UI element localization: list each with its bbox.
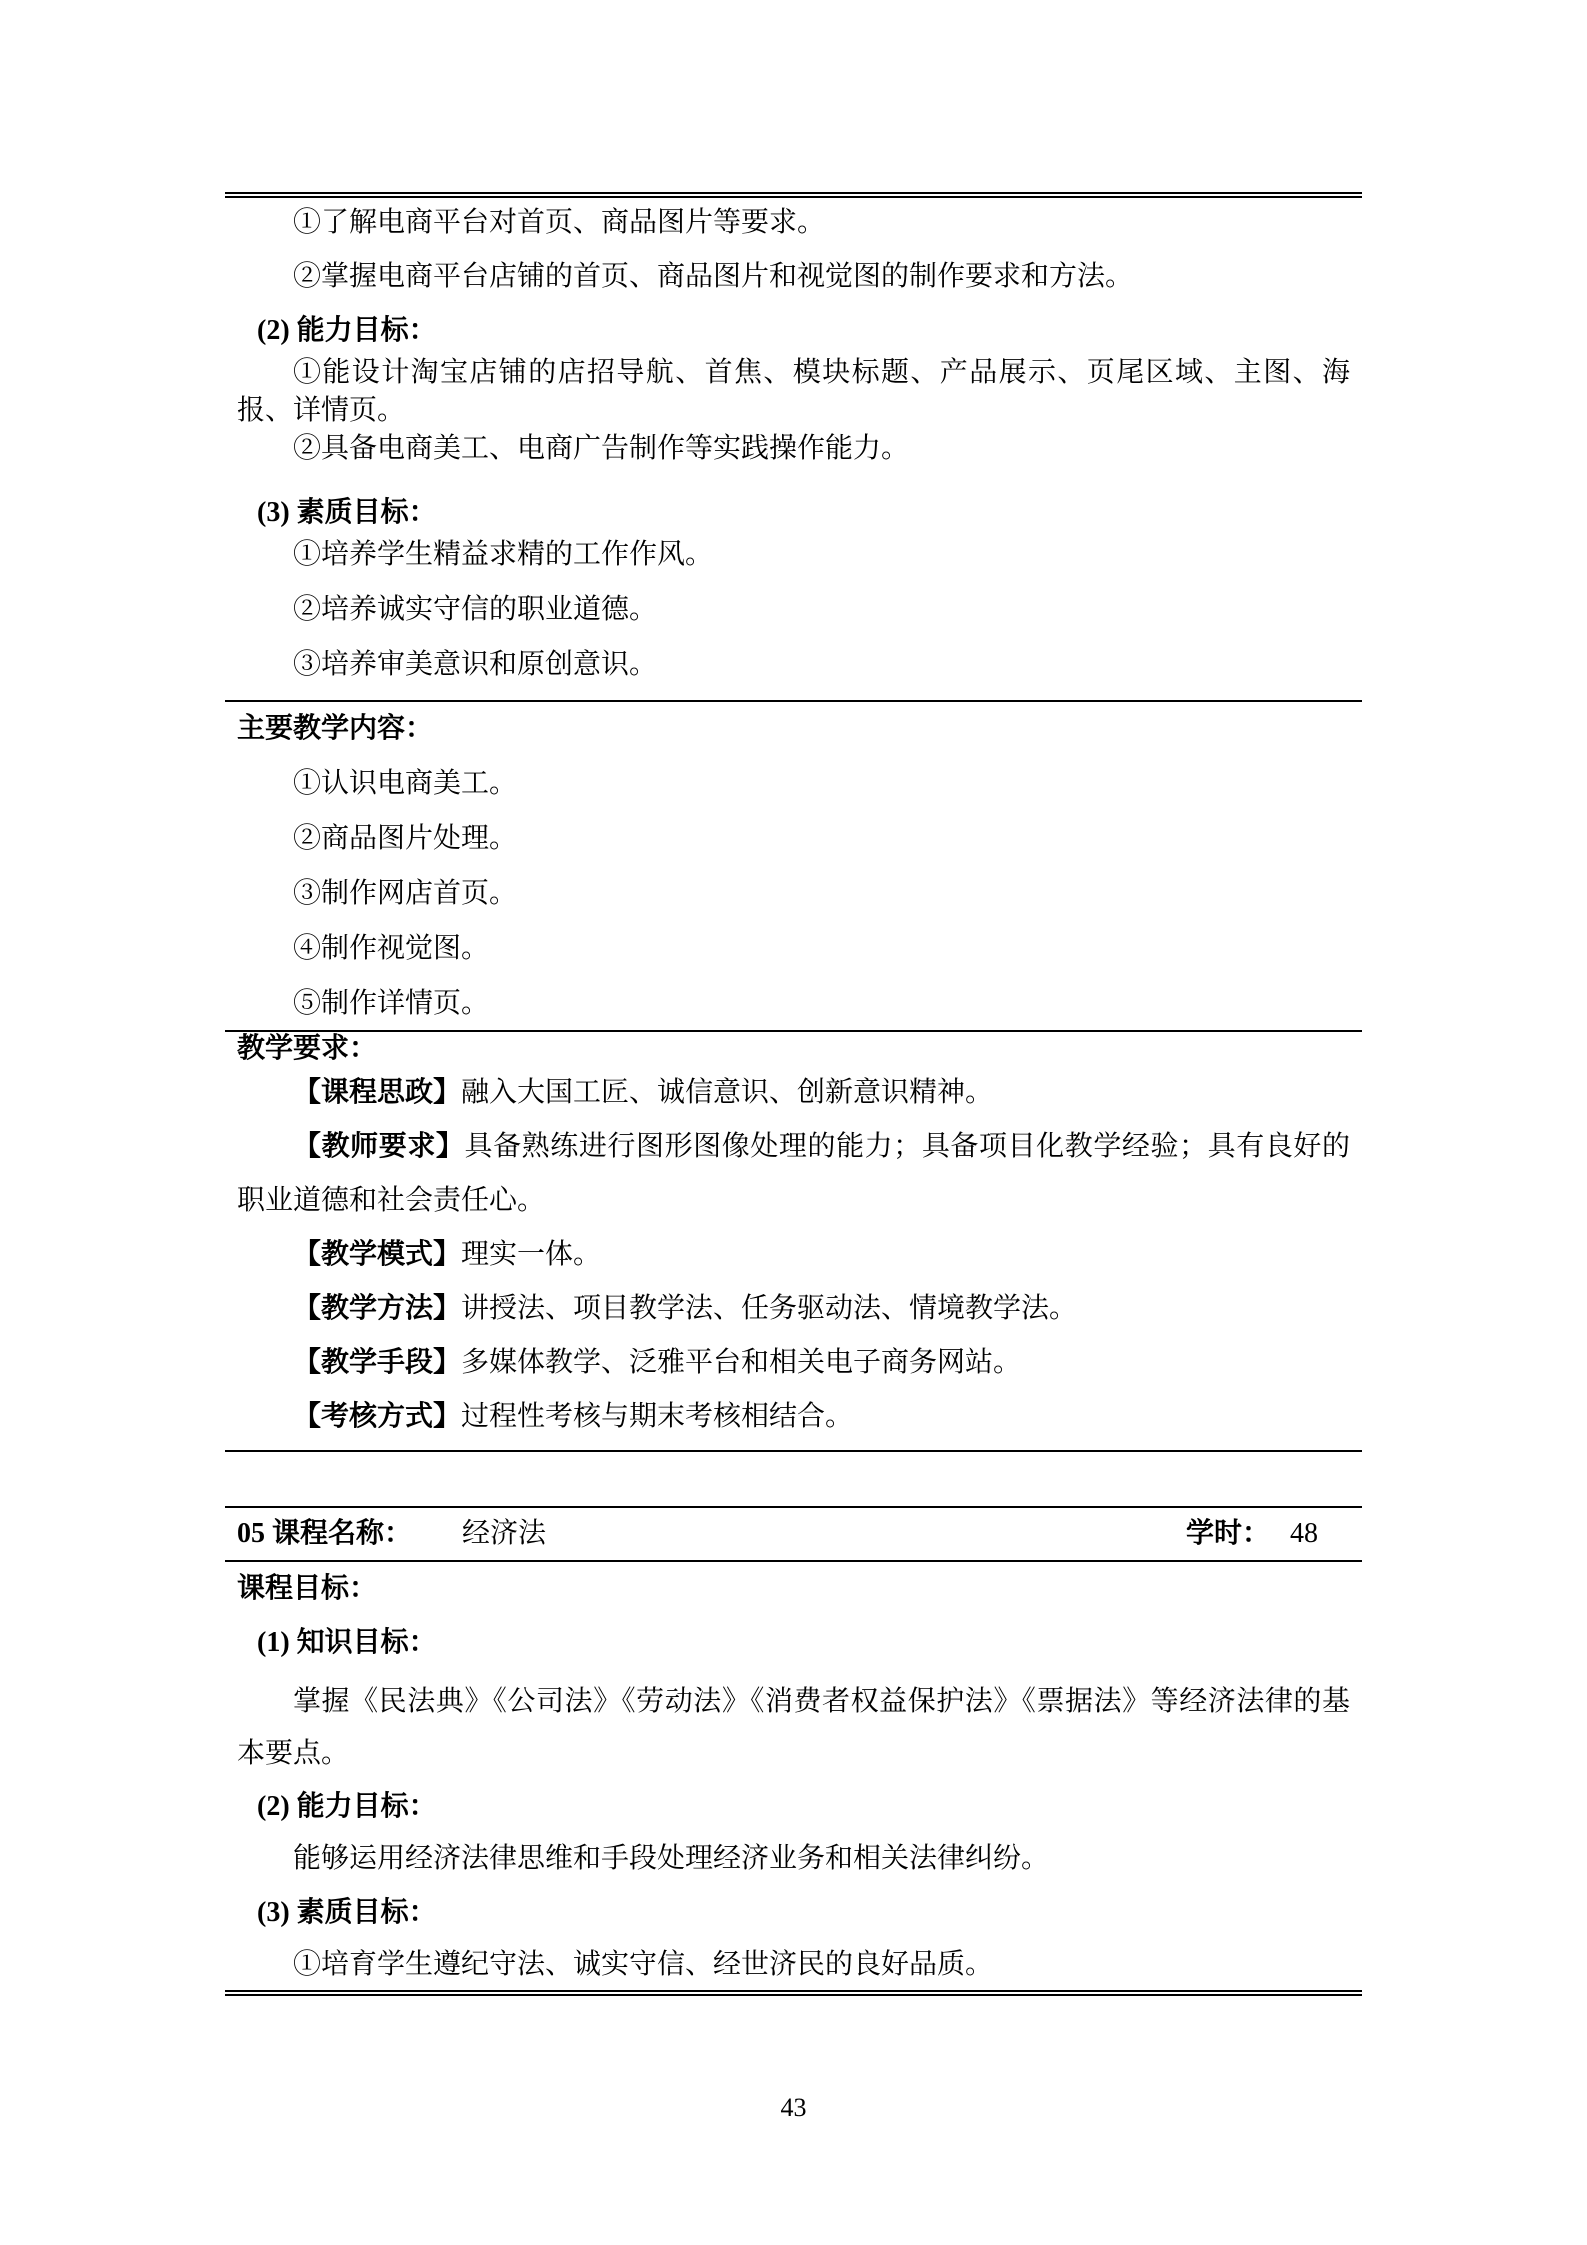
requirement-label: 【教学手段】	[293, 1347, 461, 1378]
requirement-assessment: 【考核方式】过程性考核与期末考核相结合。	[237, 1390, 1350, 1444]
requirement-ideology: 【课程思政】融入大国工匠、诚信意识、创新意识精神。	[237, 1066, 1350, 1120]
page-number: 43	[0, 2092, 1587, 2124]
quality-item-1: ①培养学生精益求精的工作作风。	[237, 536, 1350, 574]
quality-item-3: ③培养审美意识和原创意识。	[237, 646, 1350, 684]
content-item-2: ②商品图片处理。	[237, 820, 1350, 858]
empty-row	[225, 1450, 1362, 1506]
requirement-label: 【考核方式】	[293, 1401, 461, 1432]
requirement-text: 讲授法、项目教学法、任务驱动法、情境教学法。	[461, 1293, 1077, 1324]
main-content-heading: 主要教学内容：	[237, 710, 1350, 748]
ability-objectives-heading: (2) 能力目标：	[237, 312, 1350, 350]
requirement-label: 【教学模式】	[293, 1239, 461, 1270]
ability-objectives-heading: (2) 能力目标：	[237, 1788, 1350, 1826]
ability-item-2: ②具备电商美工、电商广告制作等实践操作能力。	[237, 430, 1350, 468]
knowledge-item-1: ①了解电商平台对首页、商品图片等要求。	[237, 204, 1350, 242]
content-item-4: ④制作视觉图。	[237, 930, 1350, 968]
section-course05-objectives: 课程目标： (1) 知识目标： 掌握《民法典》《公司法》《劳动法》《消费者权益保…	[225, 1560, 1362, 1996]
requirements-heading: 教学要求：	[237, 1032, 1350, 1066]
hours-value: 48	[1290, 1515, 1318, 1553]
requirement-label: 【课程思政】	[293, 1077, 461, 1108]
ability-item-1: ①能设计淘宝店铺的店招导航、首焦、模块标题、产品展示、页尾区域、主图、海报、详情…	[237, 354, 1350, 430]
knowledge-item-2: ②掌握电商平台店铺的首页、商品图片和视觉图的制作要求和方法。	[237, 258, 1350, 296]
course-syllabus-table: ①了解电商平台对首页、商品图片等要求。 ②掌握电商平台店铺的首页、商品图片和视觉…	[225, 192, 1362, 1996]
content-item-5: ⑤制作详情页。	[237, 985, 1350, 1023]
course-objectives-heading: 课程目标：	[237, 1570, 1350, 1608]
requirement-mode: 【教学模式】理实一体。	[237, 1228, 1350, 1282]
content-item-1: ①认识电商美工。	[237, 765, 1350, 803]
requirement-text: 过程性考核与期末考核相结合。	[461, 1401, 853, 1432]
ability-objectives-text: 能够运用经济法律思维和手段处理经济业务和相关法律纠纷。	[237, 1840, 1350, 1878]
requirement-method: 【教学方法】讲授法、项目教学法、任务驱动法、情境教学法。	[237, 1282, 1350, 1336]
quality-item-2: ②培养诚实守信的职业道德。	[237, 591, 1350, 629]
section-prev-course-objectives: ①了解电商平台对首页、商品图片等要求。 ②掌握电商平台店铺的首页、商品图片和视觉…	[225, 192, 1362, 700]
requirement-label: 【教学方法】	[293, 1293, 461, 1324]
course-name: 经济法	[462, 1515, 546, 1553]
content-item-3: ③制作网店首页。	[237, 875, 1350, 913]
requirement-text: 理实一体。	[461, 1239, 601, 1270]
requirement-text: 融入大国工匠、诚信意识、创新意识精神。	[461, 1077, 993, 1108]
document-page: ①了解电商平台对首页、商品图片等要求。 ②掌握电商平台店铺的首页、商品图片和视觉…	[0, 0, 1587, 2245]
requirement-text: 多媒体教学、泛雅平台和相关电子商务网站。	[461, 1347, 1021, 1378]
hours-label: 学时：	[1186, 1515, 1270, 1553]
course-number-label: 05 课程名称：	[237, 1515, 412, 1553]
quality-objectives-heading: (3) 素质目标：	[237, 1894, 1350, 1932]
requirement-label: 【教师要求】	[293, 1131, 465, 1162]
course-header-row: 05 课程名称： 经济法 学时： 48	[225, 1506, 1362, 1560]
quality-objectives-heading: (3) 素质目标：	[237, 494, 1350, 532]
section-teaching-requirements: 教学要求： 【课程思政】融入大国工匠、诚信意识、创新意识精神。 【教师要求】具备…	[225, 1030, 1362, 1450]
quality-objectives-text: ①培育学生遵纪守法、诚实守信、经世济民的良好品质。	[237, 1946, 1350, 1984]
knowledge-objectives-heading: (1) 知识目标：	[237, 1624, 1350, 1662]
requirement-teacher: 【教师要求】具备熟练进行图形图像处理的能力；具备项目化教学经验；具有良好的职业道…	[237, 1120, 1350, 1228]
requirement-means: 【教学手段】多媒体教学、泛雅平台和相关电子商务网站。	[237, 1336, 1350, 1390]
section-main-teaching-content: 主要教学内容： ①认识电商美工。 ②商品图片处理。 ③制作网店首页。 ④制作视觉…	[225, 700, 1362, 1030]
knowledge-objectives-text: 掌握《民法典》《公司法》《劳动法》《消费者权益保护法》《票据法》等经济法律的基本…	[237, 1676, 1350, 1780]
